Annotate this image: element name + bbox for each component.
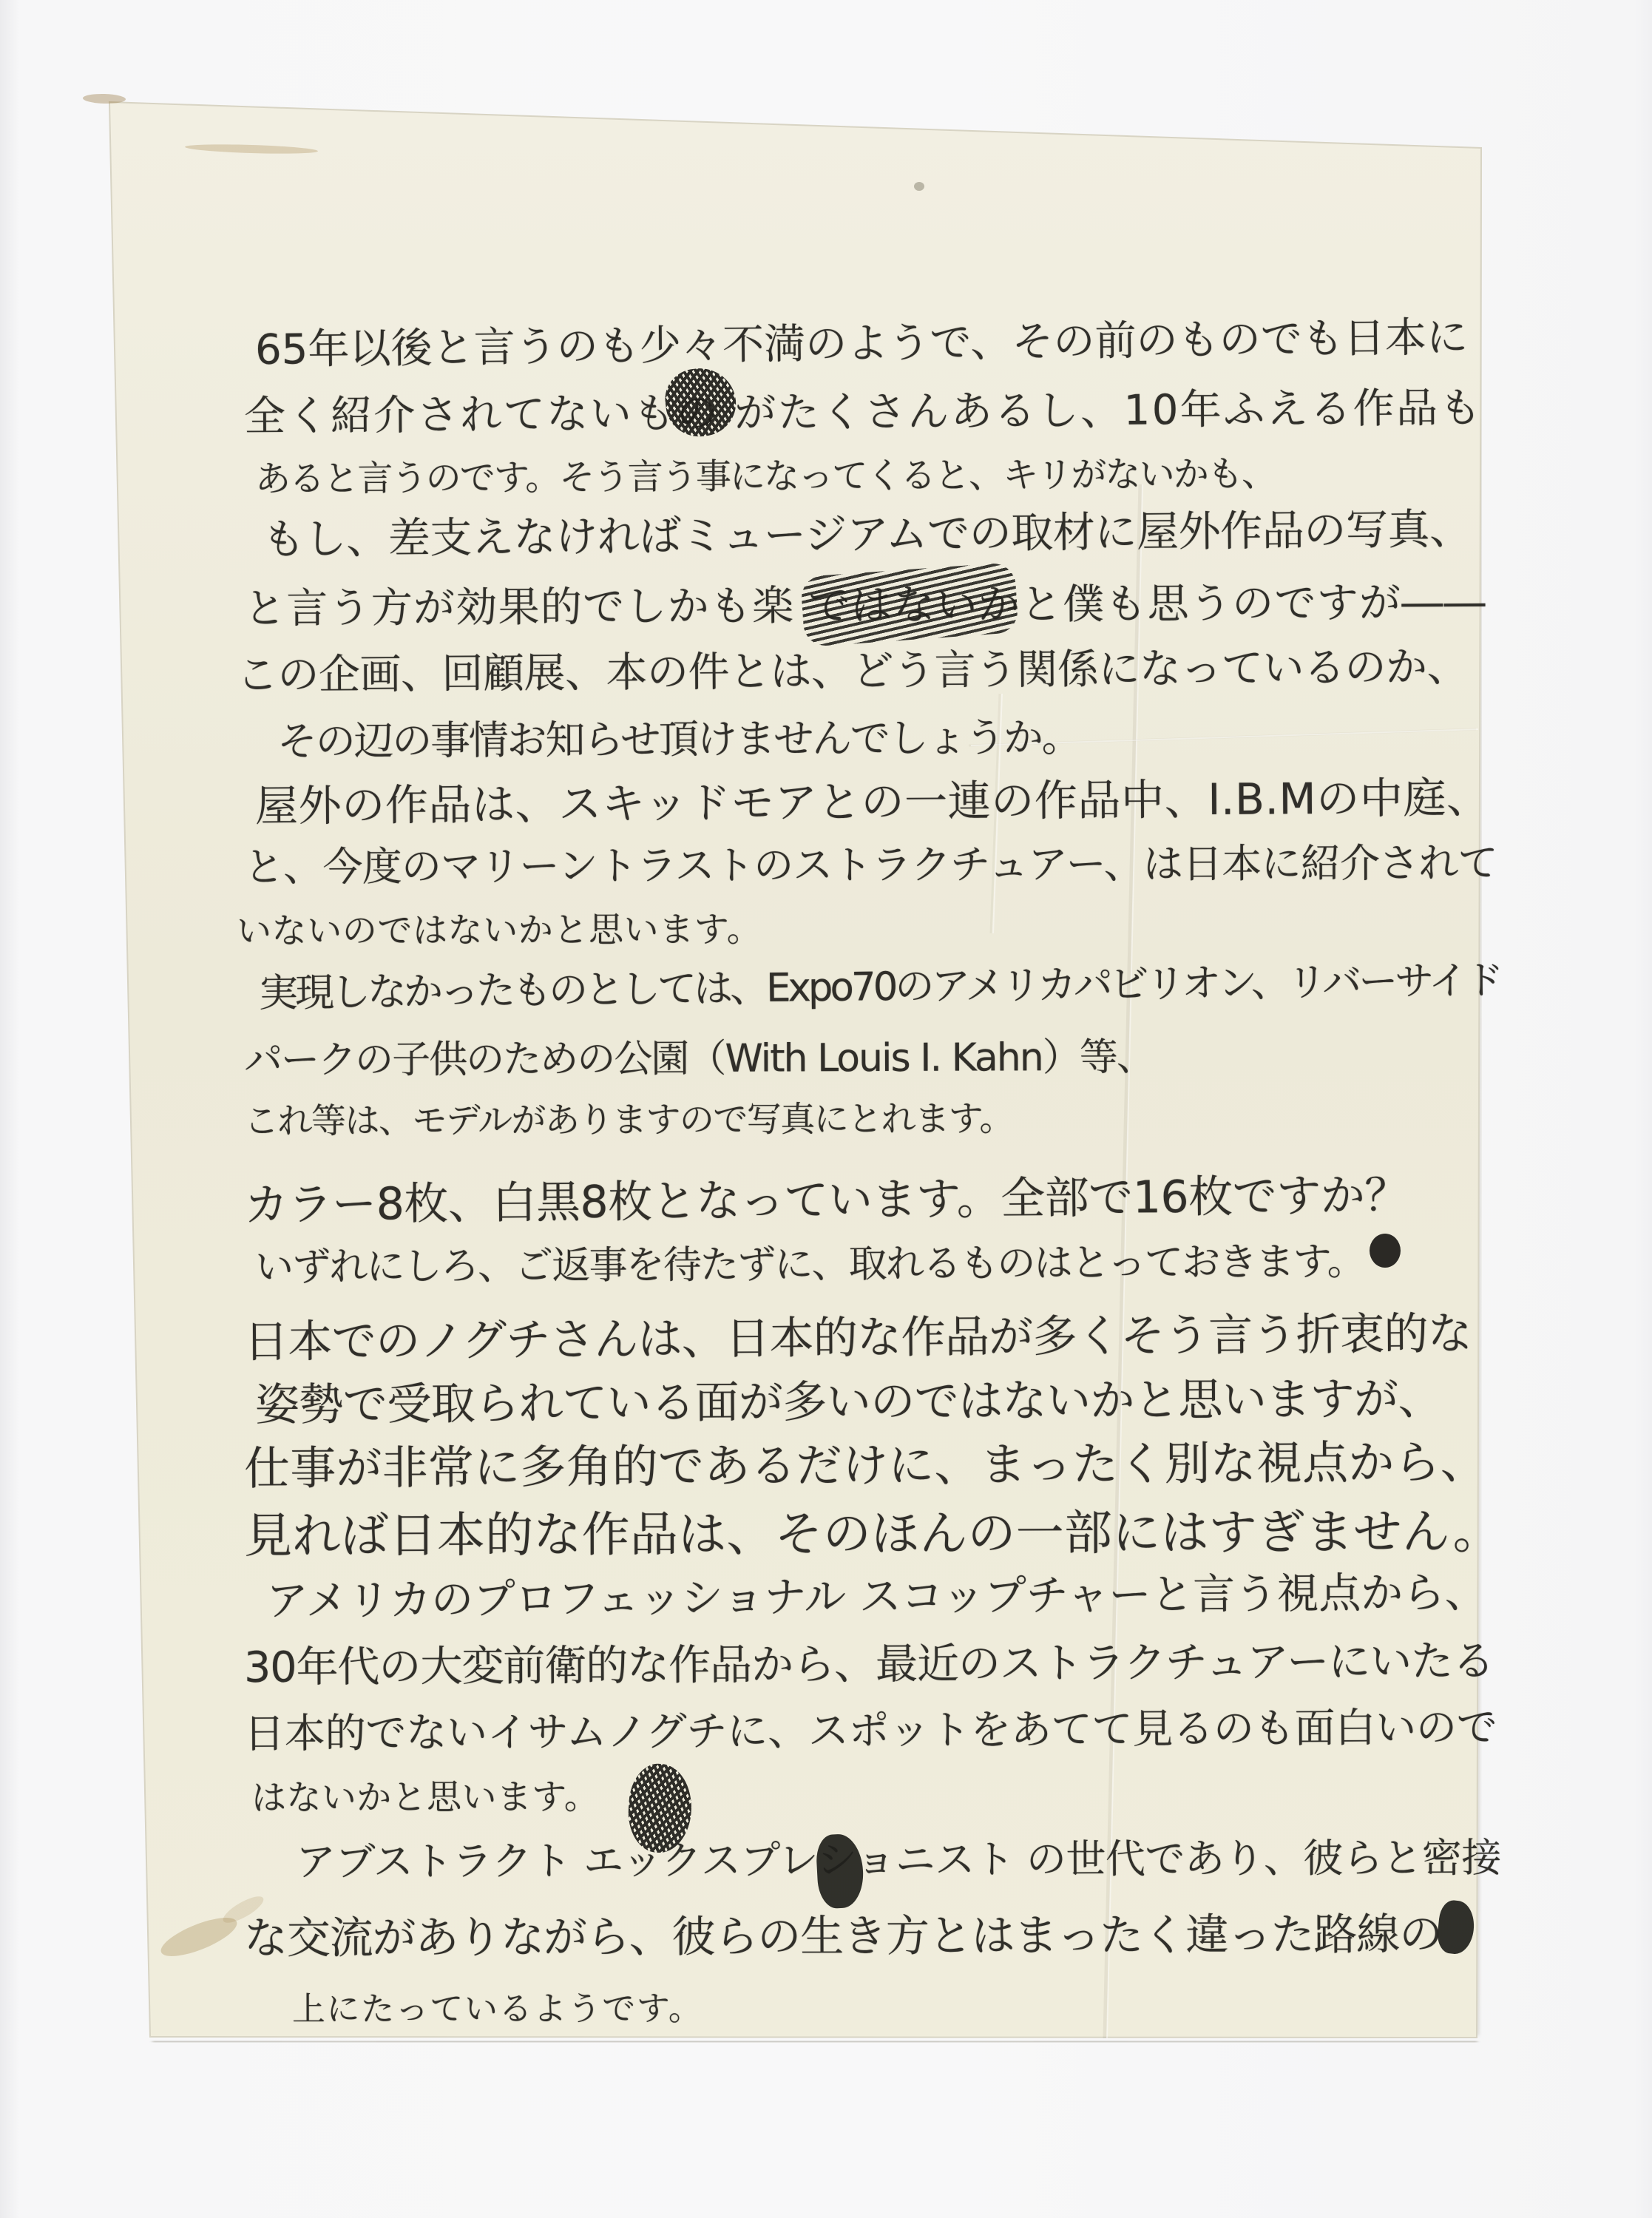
handwritten-line: カラー8枚、白黒8枚となっています。全部で16枚ですか？	[244, 1160, 1409, 1234]
handwritten-line: いないのではないかと思います。	[237, 902, 762, 953]
handwritten-line: 屋外の作品は、スキッドモアとの一連の作品中、I.B.Mの中庭、	[255, 763, 1490, 834]
handwritten-line: 見れば日本的な作品は、そのほんの一部にはすぎません。	[244, 1492, 1501, 1566]
ink-dot-mark	[1370, 1234, 1401, 1268]
handwritten-line: 全く紹介されてないもの がたくさんあるし、10年ふえる作品も	[244, 375, 1483, 443]
handwritten-line: その辺の事情お知らせ頂けませんでしょうか。	[277, 706, 1080, 767]
handwritten-line: と、今度のマリーントラストのストラクチュアー、は日本に紹介されて	[244, 831, 1497, 893]
handwritten-line: 65年以後と言うのも少々不満のようで、その前のものでも日本に	[255, 305, 1469, 376]
handwritten-line: この企画、回顧展、本の件とは、どう言う関係になっているのか、	[237, 634, 1469, 702]
handwritten-line: アメリカのプロフェッショナル スコップチャーと言う視点から、	[266, 1558, 1487, 1628]
handwritten-line: 日本でのノグチさんは、日本的な作品が多くそう言う折衷的な	[244, 1298, 1472, 1370]
ink-crossout-mark	[800, 562, 1019, 647]
handwritten-line: いずれにしろ、ご返事を待たずに、取れるものはとっておきます。	[255, 1230, 1364, 1291]
handwritten-line: 姿勢で受取られている面が多いのではないかと思いますが、	[255, 1364, 1442, 1433]
handwritten-line: 日本的でないイサムノグチに、スポットをあてて見るのも面白いので	[244, 1694, 1497, 1759]
handwritten-line: もし、差支えなければミュージアムでの取材に屋外作品の写真、	[263, 496, 1472, 567]
handwritten-line: 30年代の大変前衛的な作品から、最近のストラクチュアーにいたる	[244, 1627, 1494, 1694]
handwritten-line: 上にたっているようです。	[292, 1981, 703, 2030]
handwritten-line: パークの子供のための公園（With Louis I. Kahn）等、	[244, 1026, 1154, 1084]
handwritten-line: アブストラクト エックスプレショニスト の世代であり、彼らと密接	[296, 1826, 1501, 1887]
handwritten-line: 実現しなかったものとしては、Expo70のアメリカパビリオン、リバーサイド	[259, 949, 1501, 1018]
handwritten-line: な交流がありながら、彼らの生き方とはまったく違った路線の	[244, 1899, 1442, 1966]
handwritten-line: はないかと思います。	[251, 1769, 599, 1820]
handwritten-line: あると言うのです。そう言う事になってくると、キリがないかも、	[255, 445, 1276, 501]
handwritten-line: これ等は、モデルがありますので写真にとれます。	[244, 1091, 1013, 1143]
scanned-letter: 65年以後と言うのも少々不満のようで、その前のものでも日本に全く紹介されてないも…	[0, 0, 1652, 2218]
handwritten-line: 仕事が非常に多角的であるだけに、まったく別な視点から、	[244, 1425, 1486, 1498]
